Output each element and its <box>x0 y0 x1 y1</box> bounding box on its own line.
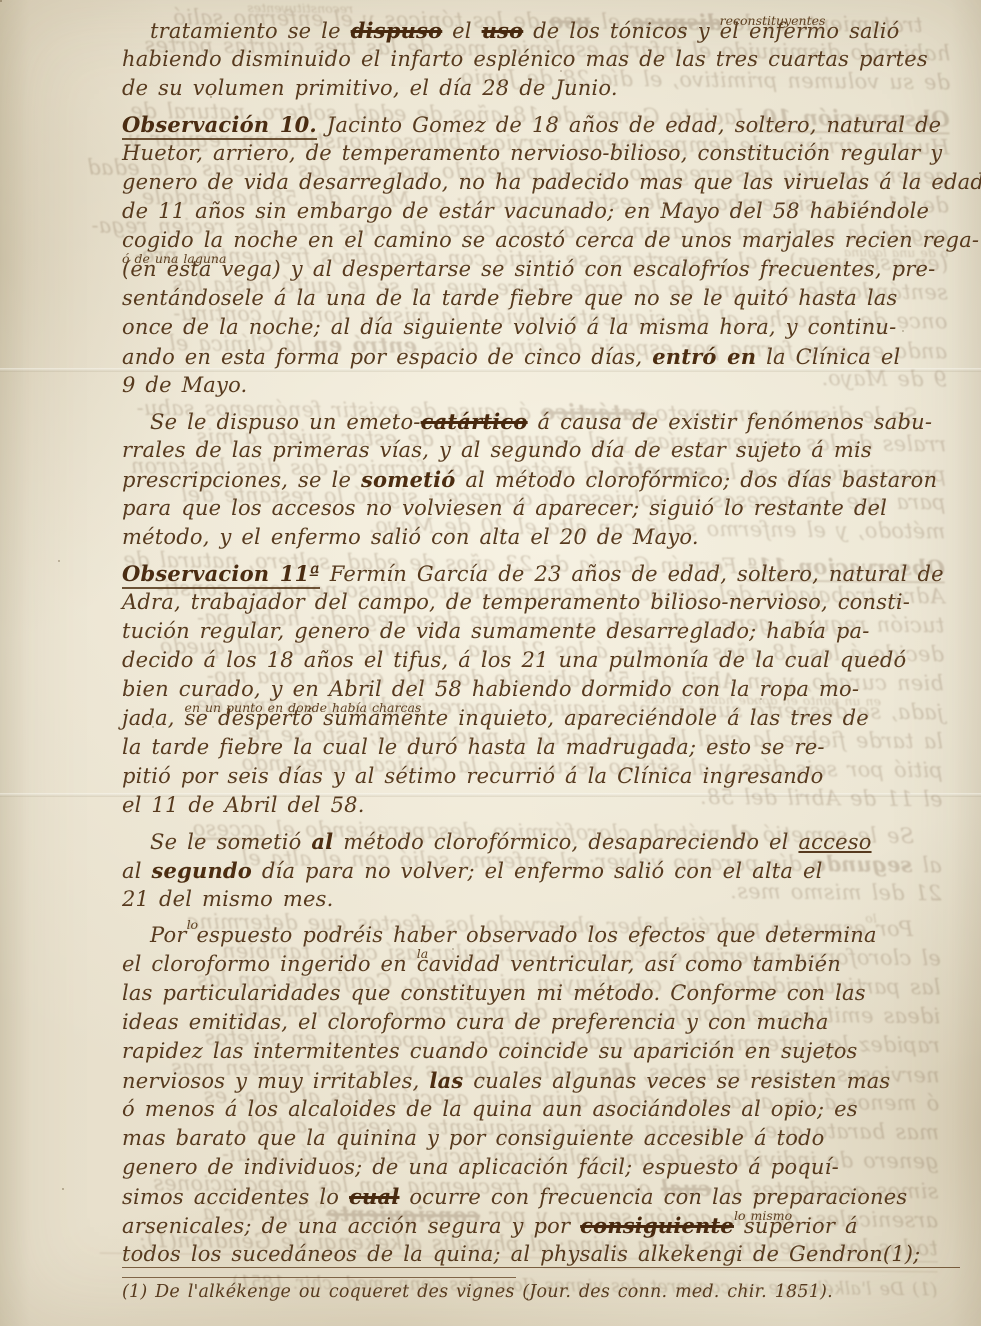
text-run: acceso <box>798 830 871 854</box>
text-run: jada, <box>122 706 185 730</box>
text-run: Adra, trabajador del campo, de temperame… <box>122 590 910 614</box>
text-run: rapidez las intermitentes cuando coincid… <box>122 1039 858 1063</box>
text-run: 9 de Mayo. <box>122 373 247 397</box>
manuscript-line: pitió por seis días y al sétimo recurrió… <box>122 762 960 791</box>
text-run: tratamiento se le <box>150 19 351 43</box>
manuscript-line: nerviosos y muy irritables, las cuales a… <box>122 1066 960 1095</box>
manuscript-line: método, y el enfermo salió con alta el 2… <box>122 523 960 552</box>
paper-speckles <box>0 0 2 2</box>
text-run: Fermín García de 23 años de edad, solter… <box>320 562 944 586</box>
manuscript-line: ando en esta forma por espacio de cinco … <box>122 342 960 371</box>
text-run: cavidad ventricular, así como también <box>417 952 841 976</box>
text-run: al <box>311 829 333 854</box>
text-run: decido á los 18 años el tifus, á los 21 … <box>122 648 906 672</box>
text-run: cuales algunas veces se resisten mas <box>463 1069 890 1093</box>
manuscript-line: ó menos á los alcaloides de la quina aun… <box>122 1095 960 1124</box>
text-run: Por <box>150 923 187 947</box>
text-run: entró en <box>652 344 756 369</box>
text-run: ocurre con frecuencia con las preparacio… <box>399 1185 907 1209</box>
text-run: el 11 de Abril del 58. <box>122 793 365 817</box>
text-run: sentándosele á la una de la tarde fiebre… <box>122 286 898 310</box>
manuscript-line: Se le dispuso un emeto-catártico á causa… <box>122 407 960 436</box>
paragraph: Observación 10. Jacinto Gomez de 18 años… <box>122 110 960 400</box>
text-run: (en esta vega) y al despertarse se sinti… <box>122 257 935 281</box>
manuscript-line: Observacion 11ª Fermín García de 23 años… <box>122 559 960 588</box>
manuscript-line: Adra, trabajador del campo, de temperame… <box>122 588 960 617</box>
manuscript-line: de 11 años sin embargo de estár vacunado… <box>122 197 960 226</box>
manuscript-line: todos los sucedáneos de la quina; al phy… <box>122 1240 960 1269</box>
struck-text: catártico <box>421 409 528 434</box>
text-run: mas barato que la quinina y por consigui… <box>122 1126 825 1150</box>
text-run: ando en esta forma por espacio de cinco … <box>122 345 652 369</box>
manuscript-line: rapidez las intermitentes cuando coincid… <box>122 1037 960 1066</box>
text-run: 21 del mismo mes. <box>122 887 334 911</box>
manuscript-line: Observación 10. Jacinto Gomez de 18 años… <box>122 110 960 139</box>
manuscript-line: el 11 de Abril del 58. <box>122 791 960 820</box>
manuscript-line: mas barato que la quinina y por consigui… <box>122 1124 960 1153</box>
text-run: bien curado, y en Abril del 58 habiendo … <box>122 677 859 701</box>
paragraph: Se le dispuso un emeto-catártico á causa… <box>122 407 960 552</box>
manuscript-line: simos accidentes lo cual ocurre con frec… <box>122 1182 960 1211</box>
manuscript-line: la tarde fiebre la cual le duró hasta la… <box>122 733 960 762</box>
manuscript-page: tratamiento se le dispuso el uso de los … <box>0 0 981 1326</box>
text-run: para que los accesos no volviesen á apar… <box>122 496 887 520</box>
footnote-block: (1) De l'alkékenge ou coqueret des vigne… <box>122 1267 960 1302</box>
manuscript-line: Huetor, arriero, de temperamento nervios… <box>122 139 960 168</box>
text-run: arsenicales; de una acción segura y por <box>122 1214 580 1238</box>
text-run: sometió <box>361 467 456 492</box>
manuscript-scan: { "document": { "type": "handwritten-man… <box>0 0 981 1326</box>
text-run: cogido la noche en el camino se acostó c… <box>122 228 979 252</box>
manuscript-line: rrales de las primeras vías, y al segund… <box>122 436 960 465</box>
manuscript-line: el cloroformo ingerido en lacavidad vent… <box>122 950 960 979</box>
text-run: el <box>442 19 481 43</box>
text-run: Se le sometió <box>150 830 311 854</box>
text-run: nerviosos y muy irritables, <box>122 1069 429 1093</box>
manuscript-line: decido á los 18 años el tifus, á los 21 … <box>122 646 960 675</box>
struck-text: uso <box>482 18 524 43</box>
manuscript-text: tratamiento se le dispuso el uso de los … <box>122 16 960 1269</box>
struck-text: cual <box>349 1184 399 1209</box>
footnote-rule-short <box>122 1277 516 1278</box>
manuscript-line: jada, en un punto en donde había charcas… <box>122 704 960 733</box>
text-run: de 11 años sin embargo de estár vacunado… <box>122 199 929 223</box>
text-run: ideas emitidas, el cloroformo cura de pr… <box>122 1010 829 1034</box>
observation-heading: Observacion 11ª <box>122 561 320 589</box>
paragraph: Porlo espuesto podréis haber observado l… <box>122 921 960 1269</box>
text-run: todos los sucedáneos de la quina; al phy… <box>122 1242 920 1266</box>
text-run: simos accidentes lo <box>122 1185 349 1209</box>
struck-text: consiguiente <box>580 1213 734 1238</box>
text-run: Jacinto Gomez de 18 años de edad, solter… <box>317 113 941 137</box>
observation-heading: Observación 10. <box>122 112 317 140</box>
manuscript-line: ó de una laguna(en esta vega) y al despe… <box>122 255 960 284</box>
manuscript-line: para que los accesos no volviesen á apar… <box>122 494 960 523</box>
manuscript-line: sentándosele á la una de la tarde fiebre… <box>122 284 960 313</box>
text-run: genero de vida desarreglado, no ha padec… <box>122 170 981 194</box>
text-run: Huetor, arriero, de temperamento nervios… <box>122 141 942 165</box>
text-run: método clorofórmico, desapareciendo el <box>333 830 798 854</box>
manuscript-line: tratamiento se le dispuso el uso de los … <box>122 16 960 45</box>
manuscript-line: prescripciones, se le sometió al método … <box>122 465 960 494</box>
paragraph: Observacion 11ª Fermín García de 23 años… <box>122 559 960 820</box>
text-run: once de la noche; al día siguiente volvi… <box>122 315 896 339</box>
struck-text: dispuso <box>351 18 443 43</box>
manuscript-line: de su volumen primitivo, el día 28 de Ju… <box>122 74 960 103</box>
text-run: la Clínica el <box>756 345 900 369</box>
text-run: de su volumen primitivo, el día 28 de Ju… <box>122 76 618 100</box>
manuscript-line: genero de vida desarreglado, no ha padec… <box>122 168 960 197</box>
manuscript-line: las particularidades que constituyen mi … <box>122 979 960 1008</box>
text-run: habiendo disminuido el infarto esplénico… <box>122 47 928 71</box>
manuscript-line: al segundo día para no volver; el enferm… <box>122 856 960 885</box>
text-run: al método clorofórmico; dos días bastaro… <box>455 468 937 492</box>
text-run: prescripciones, se le <box>122 468 361 492</box>
manuscript-line: tución regular, genero de vida sumamente… <box>122 617 960 646</box>
text-run: de los tónicos y <box>523 19 719 43</box>
manuscript-line: ideas emitidas, el cloroformo cura de pr… <box>122 1008 960 1037</box>
text-run: las particularidades que constituyen mi … <box>122 981 866 1005</box>
manuscript-line: cogido la noche en el camino se acostó c… <box>122 226 960 255</box>
text-run: al <box>122 859 152 883</box>
text-run: las <box>429 1068 463 1093</box>
text-run: genero de individuos; de una aplicación … <box>122 1155 839 1179</box>
text-run: espuesto podréis haber observado los efe… <box>187 923 877 947</box>
manuscript-content: tratamiento se le dispuso el uso de los … <box>122 16 960 1302</box>
text-run: á causa de existir fenómenos sabu- <box>528 410 933 434</box>
paragraph: Se le sometió al método clorofórmico, de… <box>122 827 960 914</box>
manuscript-line: arsenicales; de una acción segura y por … <box>122 1211 960 1240</box>
manuscript-line: Se le sometió al método clorofórmico, de… <box>122 827 960 856</box>
text-run: método, y el enfermo salió con alta el 2… <box>122 525 699 549</box>
text-run: ó menos á los alcaloides de la quina aun… <box>122 1097 858 1121</box>
text-run: Se le dispuso un emeto- <box>150 410 421 434</box>
manuscript-line: 21 del mismo mes. <box>122 885 960 914</box>
text-run: la tarde fiebre la cual le duró hasta la… <box>122 735 825 759</box>
manuscript-line: habiendo disminuido el infarto esplénico… <box>122 45 960 74</box>
text-run: rrales de las primeras vías, y al segund… <box>122 438 872 462</box>
manuscript-line: genero de individuos; de una aplicación … <box>122 1153 960 1182</box>
text-run: pitió por seis días y al sétimo recurrió… <box>122 764 824 788</box>
manuscript-line: 9 de Mayo. <box>122 371 960 400</box>
text-run: día para no volver; el enfermo salió con… <box>252 859 823 883</box>
text-run: el cloroformo ingerido en <box>122 952 417 976</box>
footnote: (1) De l'alkékenge ou coqueret des vigne… <box>122 1282 960 1302</box>
text-run: tución regular, genero de vida sumamente… <box>122 619 870 643</box>
manuscript-line: Porlo espuesto podréis haber observado l… <box>122 921 960 950</box>
paragraph: tratamiento se le dispuso el uso de los … <box>122 16 960 103</box>
text-run: segundo <box>152 858 253 883</box>
manuscript-line: once de la noche; al día siguiente volvi… <box>122 313 960 342</box>
